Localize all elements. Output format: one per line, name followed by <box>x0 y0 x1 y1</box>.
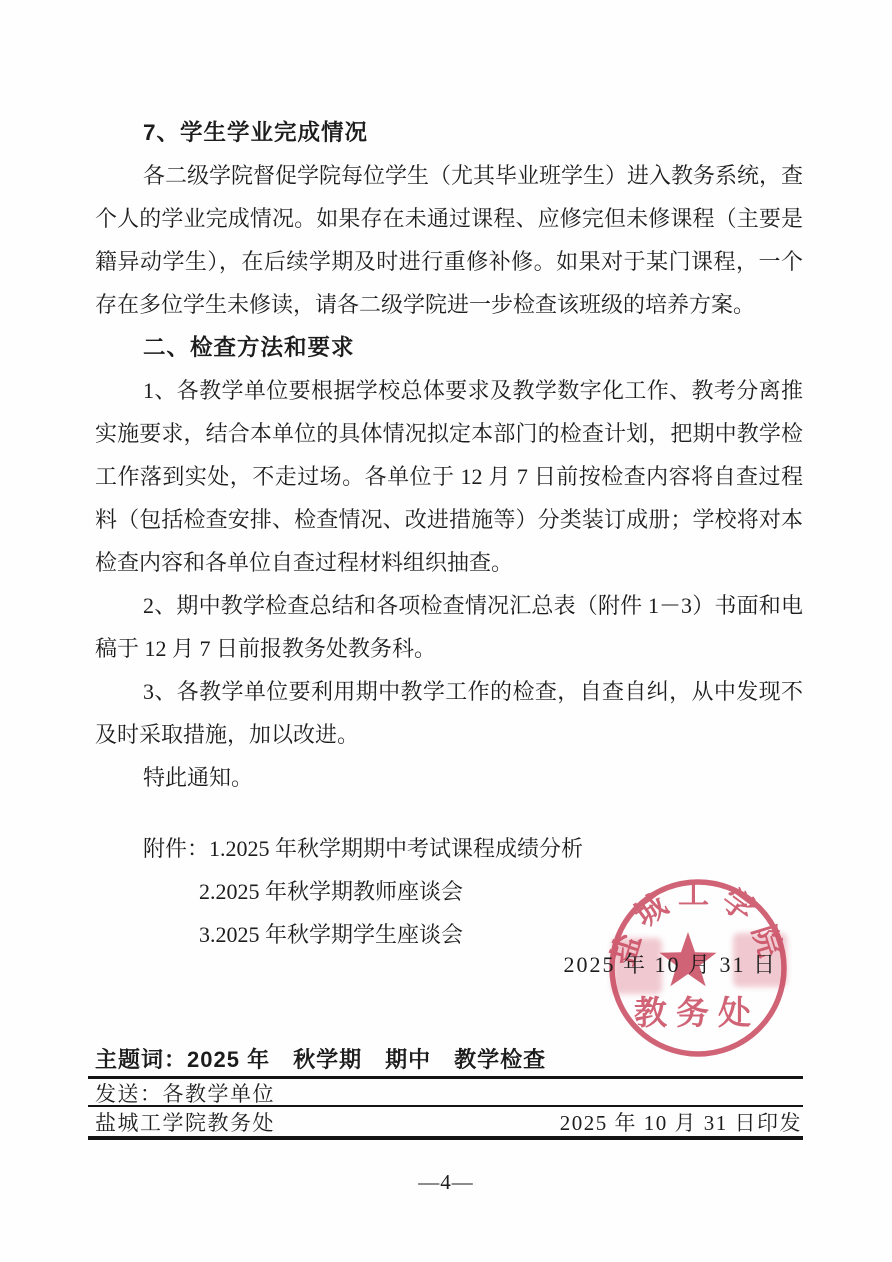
text-line: 3、各教学单位要利用期中教学工作的检查，自查自纠，从中发现不足， <box>95 670 803 713</box>
paragraph-method-3: 3、各教学单位要利用期中教学工作的检查，自查自纠，从中发现不足， 及时采取措施，… <box>95 670 803 756</box>
paragraph-method-1: 1、各教学单位要根据学校总体要求及教学数字化工作、教考分离推进 实施要求，结合本… <box>95 369 803 584</box>
attachment-label: 附件： <box>143 836 209 861</box>
text-line: 籍异动学生），在后续学期及时进行重修补修。如果对于某门课程，一个班 <box>95 240 803 283</box>
section-heading-7: 7、学生学业完成情况 <box>95 111 803 154</box>
paragraph-section-7: 各二级学院督促学院每位学生（尤其毕业班学生）进入教务系统，查看 个人的学业完成情… <box>95 154 803 326</box>
signing-date: 2025 年 10 月 31 日 <box>0 950 777 980</box>
closing-line: 特此通知。 <box>95 756 803 799</box>
print-date: 2025 年 10 月 31 日印发 <box>560 1111 802 1135</box>
text-line: 工作落到实处，不走过场。各单位于 12 月 7 日前按检查内容将自查过程材 <box>95 455 803 498</box>
section-heading-method: 二、检查方法和要求 <box>95 326 803 369</box>
subject-value: 2025 年 秋学期 期中 教学检查 <box>187 1047 546 1072</box>
send-label: 发送： <box>95 1082 163 1106</box>
footer-rule-1 <box>88 1076 803 1079</box>
text-line: 个人的学业完成情况。如果存在未通过课程、应修完但未修课程（主要是学 <box>95 197 803 240</box>
page-number: —4— <box>0 1170 892 1195</box>
text-line: 特此通知。 <box>95 756 803 799</box>
subject-label: 主题词： <box>95 1047 187 1072</box>
text-line: 料（包括检查安排、检查情况、改进措施等）分类装订成册；学校将对本次 <box>95 498 803 541</box>
seal-dept-text: 教务处 <box>634 994 760 1031</box>
footer-rule-2 <box>88 1105 803 1107</box>
text-line: 存在多位学生未修读，请各二级学院进一步检查该班级的培养方案。 <box>95 283 803 326</box>
text-line: 实施要求，结合本单位的具体情况拟定本部门的检查计划，把期中教学检查 <box>95 412 803 455</box>
issuer-row: 盐城工学院教务处 2025 年 10 月 31 日印发 <box>95 1111 802 1135</box>
footer-rule-3 <box>88 1136 803 1140</box>
document-page: 7、学生学业完成情况 各二级学院督促学院每位学生（尤其毕业班学生）进入教务系统，… <box>0 0 892 1262</box>
send-value: 各教学单位 <box>163 1082 276 1106</box>
text-line: 及时采取措施，加以改进。 <box>95 713 803 756</box>
text-line: 2、期中教学检查总结和各项检查情况汇总表（附件 1－3）书面和电子 <box>95 584 803 627</box>
attachment-row-1: 附件：1.2025 年秋学期期中考试课程成绩分析 <box>95 827 851 870</box>
text-line: 各二级学院督促学院每位学生（尤其毕业班学生）进入教务系统，查看 <box>95 154 803 197</box>
text-line: 检查内容和各单位自查过程材料组织抽查。 <box>95 541 803 584</box>
issuer-name: 盐城工学院教务处 <box>95 1111 275 1135</box>
paragraph-method-2: 2、期中教学检查总结和各项检查情况汇总表（附件 1－3）书面和电子 稿于 12 … <box>95 584 803 670</box>
send-to-row: 发送：各教学单位 <box>95 1082 803 1106</box>
attachment-item-1: 1.2025 年秋学期期中考试课程成绩分析 <box>209 836 583 861</box>
text-line: 稿于 12 月 7 日前报教务处教务科。 <box>95 627 803 670</box>
text-line: 1、各教学单位要根据学校总体要求及教学数字化工作、教考分离推进 <box>95 369 803 412</box>
